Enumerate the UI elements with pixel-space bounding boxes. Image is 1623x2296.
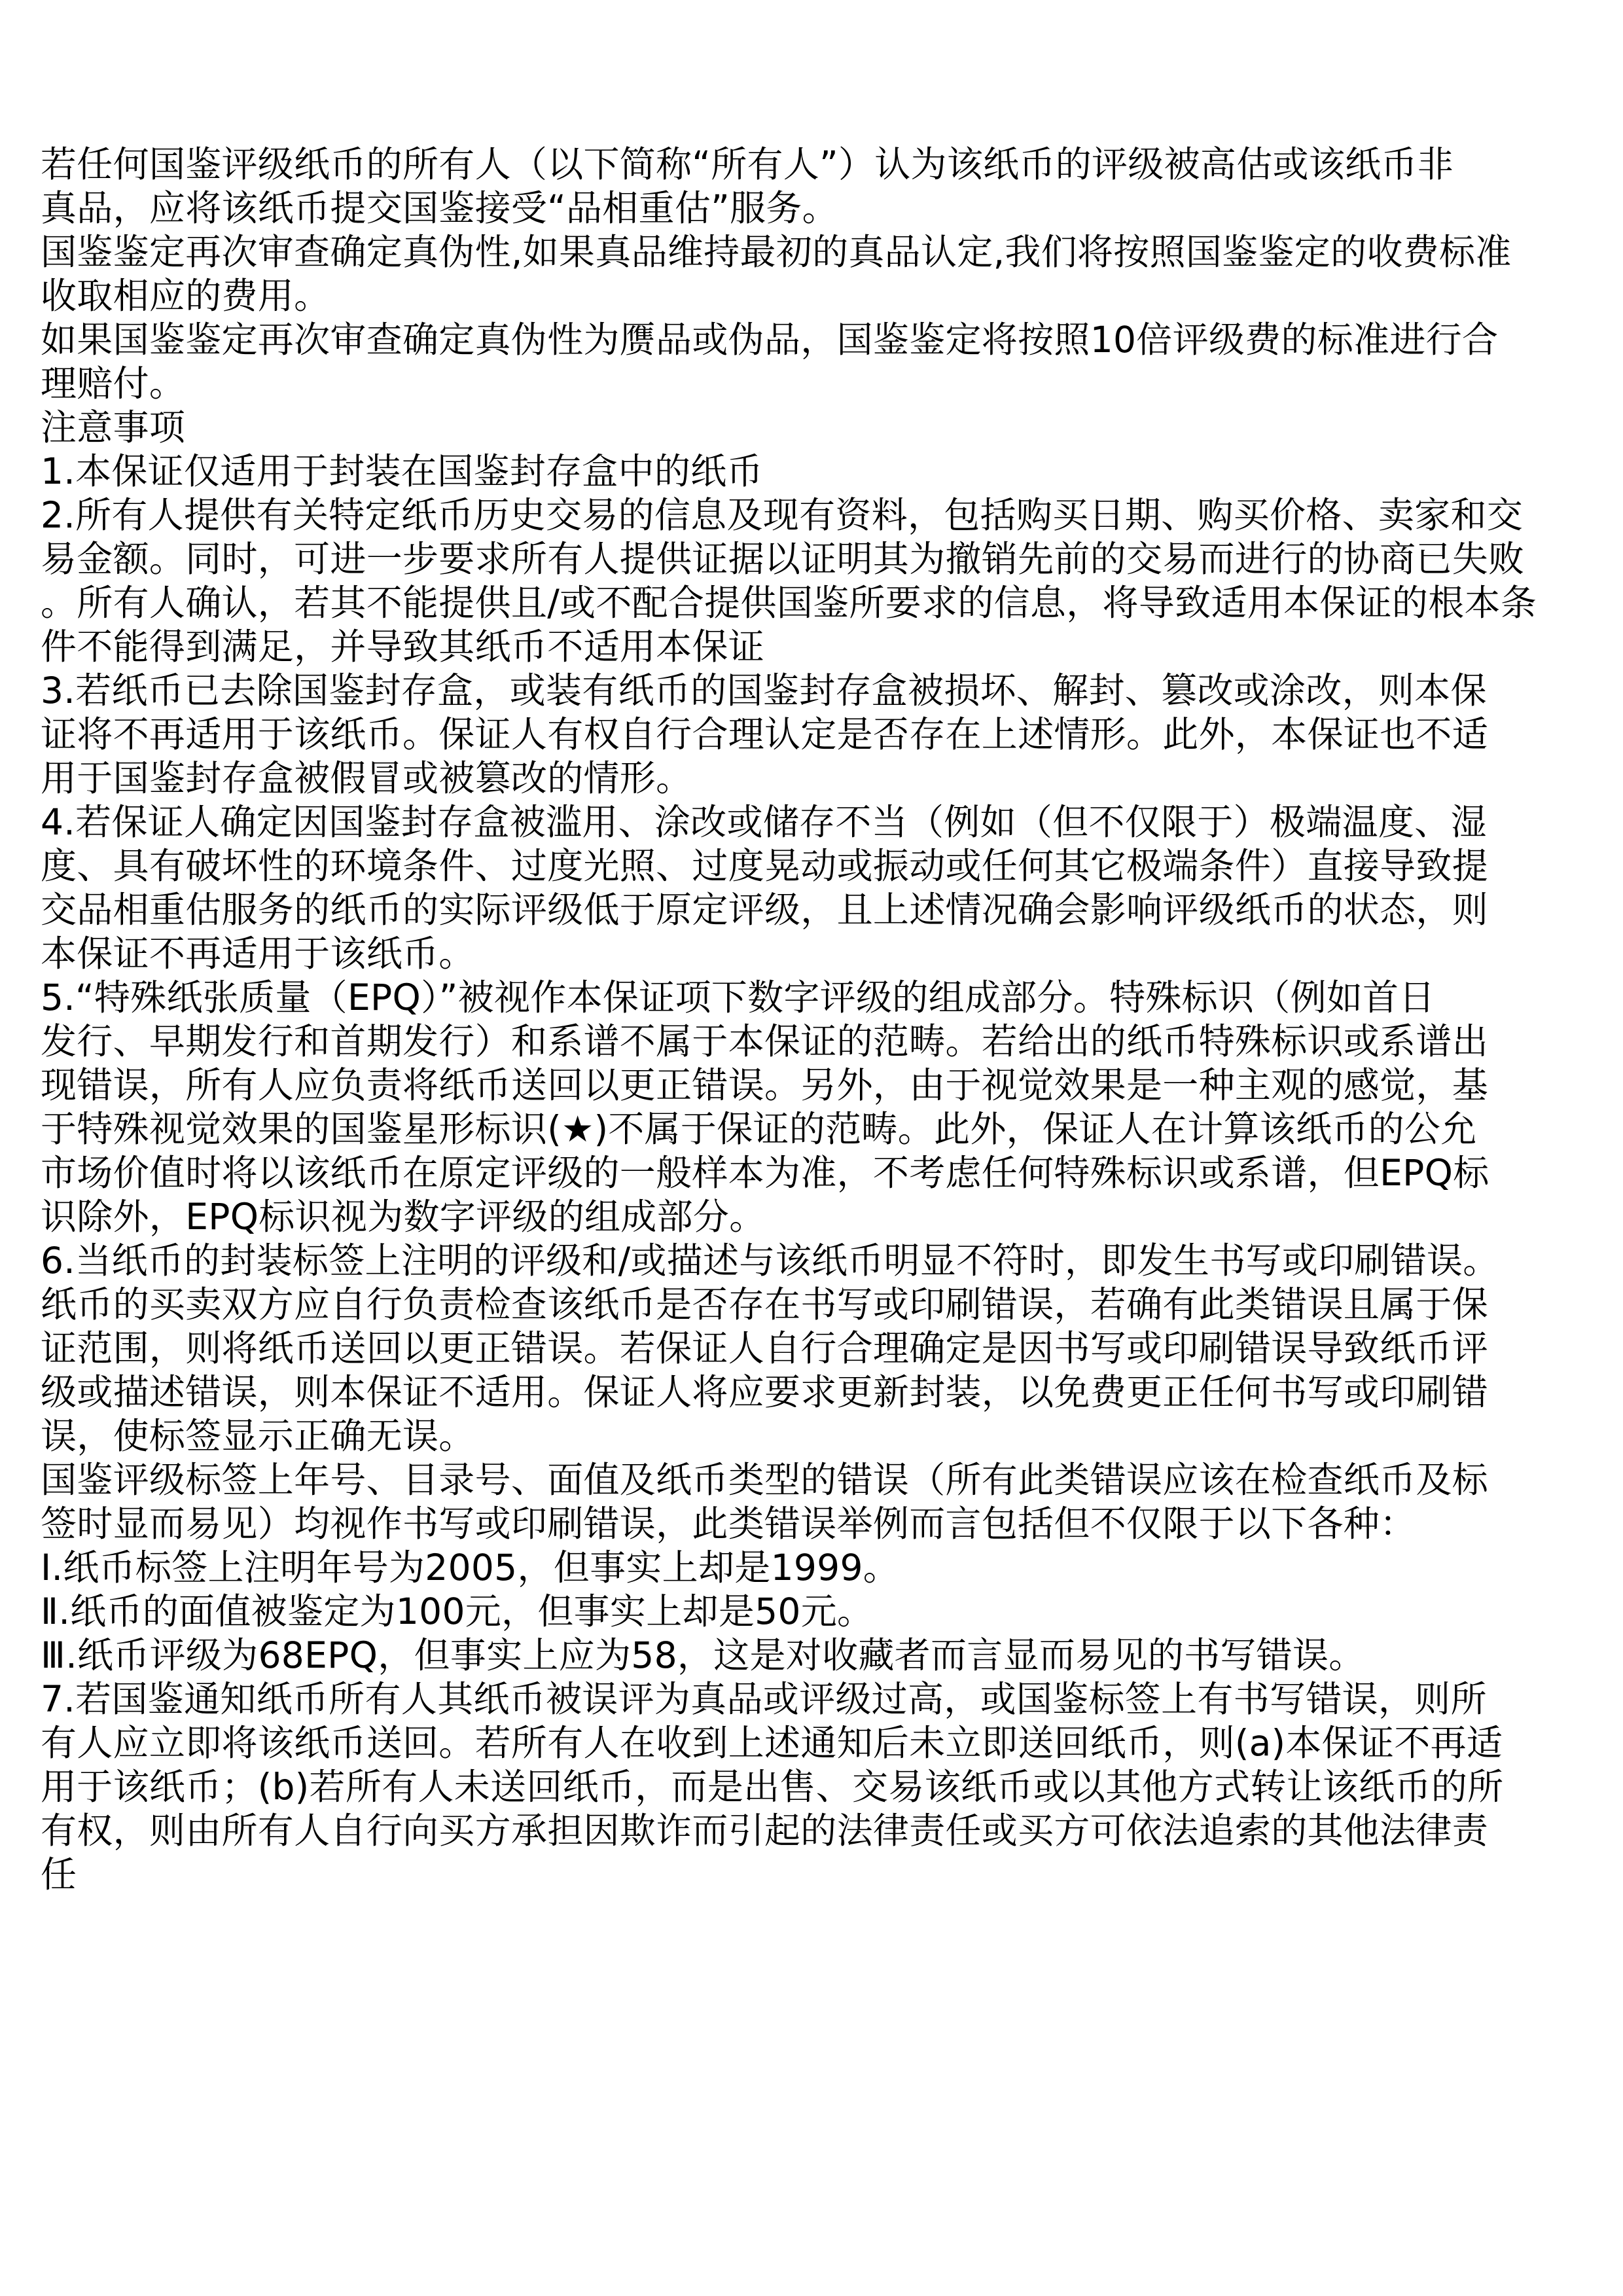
text-line: Ⅰ.纸币标签上注明年号为2005，但事实上却是1999。 [41,1546,1572,1590]
text-line: 2.所有人提供有关特定纸币历史交易的信息及现有资料，包括购买日期、购买价格、卖家… [41,493,1572,537]
text-line: 。所有人确认，若其不能提供且/或不配合提供国鉴所要求的信息，将导致适用本保证的根… [41,581,1572,625]
text-line: 理赔付。 [41,362,1572,406]
list-item-2: 2.所有人提供有关特定纸币历史交易的信息及现有资料，包括购买日期、购买价格、卖家… [41,493,1572,669]
text-line: 1.本保证仅适用于封装在国鉴封存盒中的纸币 [41,450,1572,493]
text-line: 若任何国鉴评级纸币的所有人（以下简称“所有人”）认为该纸币的评级被高估或该纸币非 [41,143,1572,187]
text-line: Ⅱ.纸币的面值被鉴定为100元，但事实上却是50元。 [41,1590,1572,1634]
list-item-5: 5.“特殊纸张质量（EPQ）”被视作本保证项下数字评级的组成部分。特殊标识（例如… [41,976,1572,1239]
text-line: 7.若国鉴通知纸币所有人其纸币被误评为真品或评级过高，或国鉴标签上有书写错误，则… [41,1677,1572,1721]
text-line: 误，使标签显示正确无误。 [41,1414,1572,1458]
example-item-1: Ⅰ.纸币标签上注明年号为2005，但事实上却是1999。 [41,1546,1572,1590]
text-line: 发行、早期发行和首期发行）和系谱不属于本保证的范畴。若给出的纸币特殊标识或系谱出 [41,1020,1572,1064]
text-line: 市场价值时将以该纸币在原定评级的一般样本为准，不考虑任何特殊标识或系谱，但EPQ… [41,1151,1572,1195]
section-heading: 注意事项 [41,406,1572,450]
text-line: 识除外，EPQ标识视为数字评级的组成部分。 [41,1195,1572,1239]
paragraph-recheck-genuine: 国鉴鉴定再次审查确定真伪性,如果真品维持最初的真品认定,我们将按照国鉴鉴定的收费… [41,230,1572,318]
text-line: 6.当纸币的封装标签上注明的评级和/或描述与该纸币明显不符时，即发生书写或印刷错… [41,1239,1572,1283]
example-item-2: Ⅱ.纸币的面值被鉴定为100元，但事实上却是50元。 [41,1590,1572,1634]
text-line: 4.若保证人确定因国鉴封存盒被滥用、涂改或储存不当（例如（但不仅限于）极端温度、… [41,800,1572,844]
text-line: 5.“特殊纸张质量（EPQ）”被视作本保证项下数字评级的组成部分。特殊标识（例如… [41,976,1572,1020]
text-line: 有人应立即将该纸币送回。若所有人在收到上述通知后未立即送回纸币，则(a)本保证不… [41,1721,1572,1765]
example-item-3: Ⅲ.纸币评级为68EPQ，但事实上应为58，这是对收藏者而言显而易见的书写错误。 [41,1634,1572,1677]
text-line: 交品相重估服务的纸币的实际评级低于原定评级，且上述情况确会影响评级纸币的状态，则 [41,888,1572,932]
paragraph-recheck-counterfeit: 如果国鉴鉴定再次审查确定真伪性为赝品或伪品，国鉴鉴定将按照10倍评级费的标准进行… [41,318,1572,406]
list-item-1: 1.本保证仅适用于封装在国鉴封存盒中的纸币 [41,450,1572,493]
text-line: 3.若纸币已去除国鉴封存盒，或装有纸币的国鉴封存盒被损坏、解封、篡改或涂改，则本… [41,669,1572,713]
text-line: 纸币的买卖双方应自行负责检查该纸币是否存在书写或印刷错误，若确有此类错误且属于保 [41,1283,1572,1327]
text-line: 用于该纸币；(b)若所有人未送回纸币，而是出售、交易该纸币或以其他方式转让该纸币… [41,1765,1572,1809]
text-line: 证将不再适用于该纸币。保证人有权自行合理认定是否存在上述情形。此外，本保证也不适 [41,713,1572,757]
list-item-7: 7.若国鉴通知纸币所有人其纸币被误评为真品或评级过高，或国鉴标签上有书写错误，则… [41,1677,1572,1897]
text-line: 度、具有破坏性的环境条件、过度光照、过度晃动或振动或任何其它极端条件）直接导致提 [41,844,1572,888]
text-line: 国鉴鉴定再次审查确定真伪性,如果真品维持最初的真品认定,我们将按照国鉴鉴定的收费… [41,230,1572,274]
paragraph-label-errors: 国鉴评级标签上年号、目录号、面值及纸币类型的错误（所有此类错误应该在检查纸币及标… [41,1458,1572,1546]
text-line: 易金额。同时，可进一步要求所有人提供证据以证明其为撤销先前的交易而进行的协商已失… [41,537,1572,581]
text-line: 证范围，则将纸币送回以更正错误。若保证人自行合理确定是因书写或印刷错误导致纸币评 [41,1327,1572,1371]
text-line: 用于国鉴封存盒被假冒或被篡改的情形。 [41,757,1572,800]
list-item-4: 4.若保证人确定因国鉴封存盒被滥用、涂改或储存不当（例如（但不仅限于）极端温度、… [41,800,1572,976]
text-line: 本保证不再适用于该纸币。 [41,932,1572,976]
text-line: 件不能得到满足，并导致其纸币不适用本保证 [41,625,1572,669]
text-line: Ⅲ.纸币评级为68EPQ，但事实上应为58，这是对收藏者而言显而易见的书写错误。 [41,1634,1572,1677]
notes-heading: 注意事项 [41,406,1572,450]
text-line: 真品，应将该纸币提交国鉴接受“品相重估”服务。 [41,187,1572,230]
paragraph-intro: 若任何国鉴评级纸币的所有人（以下简称“所有人”）认为该纸币的评级被高估或该纸币非… [41,143,1572,230]
text-line: 签时显而易见）均视作书写或印刷错误，此类错误举例而言包括但不仅限于以下各种： [41,1502,1572,1546]
text-line: 任 [41,1853,1572,1897]
text-line: 于特殊视觉效果的国鉴星形标识(★)不属于保证的范畴。此外，保证人在计算该纸币的公… [41,1107,1572,1151]
text-line: 收取相应的费用。 [41,274,1572,318]
list-item-6: 6.当纸币的封装标签上注明的评级和/或描述与该纸币明显不符时，即发生书写或印刷错… [41,1239,1572,1458]
text-line: 国鉴评级标签上年号、目录号、面值及纸币类型的错误（所有此类错误应该在检查纸币及标 [41,1458,1572,1502]
text-line: 有权，则由所有人自行向买方承担因欺诈而引起的法律责任或买方可依法追索的其他法律责 [41,1809,1572,1853]
text-line: 现错误，所有人应负责将纸币送回以更正错误。另外，由于视觉效果是一种主观的感觉，基 [41,1064,1572,1107]
list-item-3: 3.若纸币已去除国鉴封存盒，或装有纸币的国鉴封存盒被损坏、解封、篡改或涂改，则本… [41,669,1572,800]
text-line: 如果国鉴鉴定再次审查确定真伪性为赝品或伪品，国鉴鉴定将按照10倍评级费的标准进行… [41,318,1572,362]
text-line: 级或描述错误，则本保证不适用。保证人将应要求更新封装，以免费更正任何书写或印刷错 [41,1371,1572,1414]
document-body: 若任何国鉴评级纸币的所有人（以下简称“所有人”）认为该纸币的评级被高估或该纸币非… [41,143,1572,1897]
